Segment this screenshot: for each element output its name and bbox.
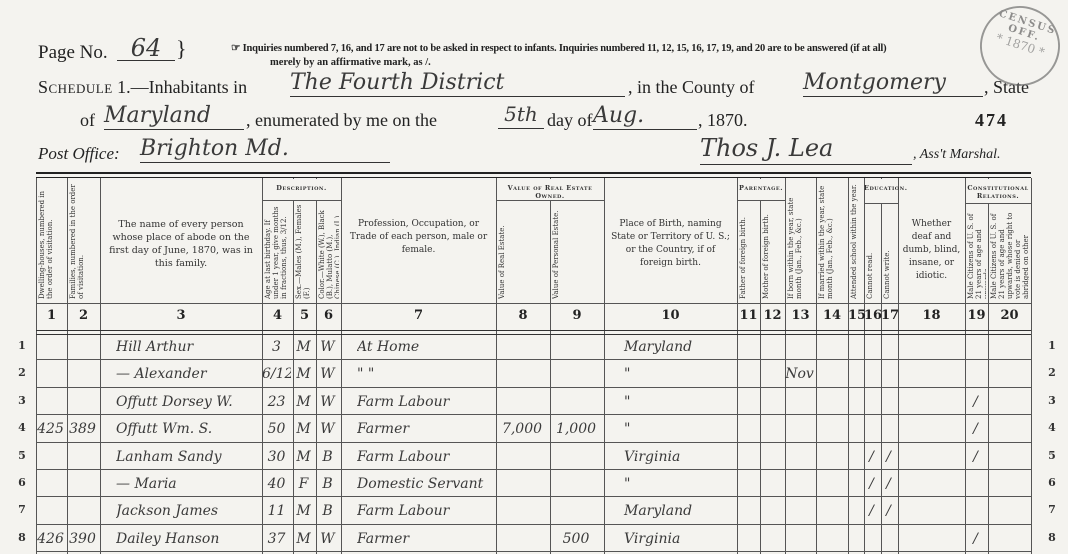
column-number-14: 14	[816, 305, 848, 327]
column-divider	[496, 178, 497, 554]
marshal-label: , Ass't Marshal.	[913, 147, 1001, 163]
line-number-right: 8	[1044, 531, 1060, 544]
cell-name: Offutt Wm. S.	[116, 419, 260, 439]
instruction-text-1: Inquiries numbered 7, 16, and 17 are not…	[243, 43, 887, 54]
column-number-1: 1	[36, 305, 67, 327]
cell-age: 23	[262, 392, 291, 412]
column-divider	[604, 178, 605, 554]
cell-family: 390	[67, 529, 98, 549]
cell-birthplace: Maryland	[620, 501, 739, 521]
cell-cannot-read: /	[864, 501, 879, 521]
cell-occupation: Farmer	[357, 529, 494, 549]
instruction-line-2: merely by an affirmative mark, as /.	[270, 57, 431, 68]
day-field: 5th	[498, 102, 544, 129]
row-divider	[36, 496, 1031, 497]
column-number-15: 15	[848, 305, 864, 327]
column-number-9: 9	[550, 305, 604, 327]
cell-dwelling: 425	[36, 419, 65, 439]
column-number-4: 4	[262, 305, 293, 327]
cell-born-within-year: Nov	[785, 364, 814, 384]
cell-name: — Maria	[116, 474, 260, 494]
cell-dwelling: 426	[36, 529, 65, 549]
sheet-number: 474	[975, 110, 1008, 131]
cell-occupation: " "	[357, 364, 494, 384]
marshal-signature: Thos J. Lea	[700, 134, 912, 165]
column-header-6: Color.—White (W.), Black (B.), Mulatto (…	[318, 204, 339, 299]
column-divider	[550, 178, 551, 554]
row-divider	[36, 551, 1031, 552]
row-divider	[36, 359, 1031, 360]
cell-cannot-write: /	[881, 501, 896, 521]
row-divider	[36, 469, 1031, 470]
cell-real-estate: 7,000	[496, 419, 548, 439]
column-header-2: Families, numbered in the order of visit…	[69, 182, 98, 299]
cell-sex: M	[293, 529, 314, 549]
cell-color: W	[316, 529, 339, 549]
group-value-estate: Value of Real Estate Owned.	[496, 184, 604, 200]
column-divider	[988, 178, 989, 554]
line-number-left: 4	[14, 421, 30, 434]
cell-occupation: Farm Labour	[357, 501, 494, 521]
column-number-10: 10	[604, 305, 737, 327]
cell-cannot-read: /	[864, 474, 879, 494]
cell-sex: F	[293, 474, 314, 494]
of-label: of	[80, 110, 95, 131]
line-number-left: 3	[14, 394, 30, 407]
column-header-19: Male Citizens of U. S. of 21 years of ag…	[967, 207, 986, 299]
cell-age: 37	[262, 529, 291, 549]
cell-citizen: /	[965, 419, 986, 439]
enumerated-label: , enumerated by me on the	[246, 110, 437, 131]
column-header-20: Male Citizens of U. S. of 21 years of ag…	[990, 207, 1029, 299]
cell-personal-estate: 500	[550, 529, 602, 549]
column-header-10: Place of Birth, naming State or Territor…	[608, 218, 733, 270]
cell-color: W	[316, 419, 339, 439]
year-label: , 1870.	[698, 110, 748, 131]
cell-name: Hill Arthur	[116, 337, 260, 357]
line-number-right: 6	[1044, 476, 1060, 489]
row-divider	[36, 524, 1031, 525]
cell-cannot-write: /	[881, 447, 896, 467]
cell-name: Lanham Sandy	[116, 447, 260, 467]
cell-citizen: /	[965, 529, 986, 549]
cell-citizen: /	[965, 447, 986, 467]
cell-sex: M	[293, 419, 314, 439]
column-header-12: Mother of foreign birth.	[762, 204, 783, 299]
cell-birthplace: Virginia	[620, 529, 739, 549]
line-number-left: 6	[14, 476, 30, 489]
column-header-3: The name of every person whose place of …	[104, 218, 258, 270]
cell-age: 30	[262, 447, 291, 467]
cell-color: B	[316, 447, 339, 467]
cell-cannot-read: /	[864, 447, 879, 467]
county-field: Montgomery	[803, 70, 983, 97]
line-number-left: 7	[14, 503, 30, 516]
schedule-label: Schedule 1.—Inhabitants in	[38, 77, 247, 98]
column-header-7: Profession, Occupation, or Trade of each…	[345, 218, 492, 257]
cell-age: 3	[262, 337, 291, 357]
group-divider	[965, 203, 1031, 204]
column-number-13: 13	[785, 305, 816, 327]
cell-citizen: /	[965, 392, 986, 412]
cell-age: 6/12	[262, 364, 291, 384]
cell-name: Jackson James	[116, 501, 260, 521]
group-divider	[496, 200, 604, 201]
cell-birthplace: "	[620, 474, 739, 494]
line-number-left: 8	[14, 531, 30, 544]
column-divider	[864, 178, 865, 554]
column-header-18: Whether deaf and dumb, blind, insane, or…	[902, 218, 961, 283]
column-divider	[965, 178, 966, 554]
column-header-5: Sex.—Males (M.), Females (F.)	[295, 204, 314, 299]
cell-birthplace: "	[620, 364, 739, 384]
schedule-title: 1.—Inhabitants in	[113, 77, 247, 97]
line-number-right: 5	[1044, 449, 1060, 462]
cell-sex: M	[293, 501, 314, 521]
line-number-right: 1	[1044, 339, 1060, 352]
column-number-7: 7	[341, 305, 496, 327]
cell-cannot-write: /	[881, 474, 896, 494]
line-number-left: 1	[14, 339, 30, 352]
column-header-1: Dwelling-houses, numbered in the order o…	[38, 182, 65, 299]
column-divider	[100, 178, 101, 554]
cell-birthplace: Maryland	[620, 337, 739, 357]
column-number-20: 20	[988, 305, 1031, 327]
group-divider	[262, 200, 341, 201]
column-number-18: 18	[898, 305, 965, 327]
month-field: Aug.	[593, 103, 697, 130]
column-number-11: 11	[737, 305, 760, 327]
cell-color: B	[316, 474, 339, 494]
column-header-4: Age at last birthday. If under 1 year, g…	[264, 204, 291, 299]
cell-sex: M	[293, 364, 314, 384]
page-number-value: 64	[117, 34, 175, 61]
page-number-label: Page No.	[38, 42, 108, 64]
column-header-17: Cannot write.	[883, 207, 896, 299]
cell-color: W	[316, 364, 339, 384]
cell-occupation: Farm Labour	[357, 392, 494, 412]
column-number-17: 17	[881, 305, 898, 327]
column-number-12: 12	[760, 305, 785, 327]
column-divider	[67, 178, 68, 554]
cell-birthplace: Virginia	[620, 447, 739, 467]
line-number-left: 2	[14, 366, 30, 379]
pointing-hand-icon: ☞	[231, 43, 240, 54]
brace-glyph: }	[176, 36, 187, 62]
line-number-right: 4	[1044, 421, 1060, 434]
column-divider	[881, 178, 882, 554]
column-number-6: 6	[316, 305, 341, 327]
post-office-field: Brighton Md.	[140, 136, 390, 163]
column-number-19: 19	[965, 305, 988, 327]
column-header-15: Attended school within the year.	[850, 182, 862, 299]
column-number-5: 5	[293, 305, 316, 327]
cell-name: — Alexander	[116, 364, 260, 384]
column-divider	[1031, 178, 1032, 554]
instruction-line-1: ☞ Inquiries numbered 7, 16, and 17 are n…	[231, 42, 886, 54]
column-header-11: Father of foreign birth.	[739, 204, 758, 299]
column-divider	[898, 178, 899, 554]
post-office-label: Post Office:	[38, 144, 120, 164]
column-header-16: Cannot read.	[866, 207, 879, 299]
cell-family: 389	[67, 419, 98, 439]
cell-age: 11	[262, 501, 291, 521]
cell-occupation: Farm Labour	[357, 447, 494, 467]
cell-color: B	[316, 501, 339, 521]
group-description: Description.	[262, 184, 341, 192]
cell-sex: M	[293, 392, 314, 412]
cell-sex: M	[293, 337, 314, 357]
state-field: Maryland	[104, 103, 244, 130]
line-number-right: 7	[1044, 503, 1060, 516]
row-divider	[36, 387, 1031, 388]
cell-occupation: At Home	[357, 337, 494, 357]
column-header-9: Value of Personal Estate.	[552, 204, 602, 299]
column-number-3: 3	[100, 305, 262, 327]
cell-age: 40	[262, 474, 291, 494]
district-field: The Fourth District	[290, 70, 625, 97]
group-parentage: Parentage.	[737, 184, 785, 192]
schedule-prefix: Schedule	[38, 77, 113, 97]
column-header-8: Value of Real Estate.	[498, 204, 548, 299]
group-constitutional: Constitutional Relations.	[965, 184, 1031, 200]
column-header-14: If married within the year, state month …	[818, 182, 846, 299]
column-divider	[760, 178, 761, 554]
county-label: , in the County of	[628, 77, 755, 98]
group-divider	[864, 203, 898, 204]
line-number-right: 3	[1044, 394, 1060, 407]
column-number-8: 8	[496, 305, 550, 327]
row-divider	[36, 414, 1031, 415]
cell-color: W	[316, 337, 339, 357]
cell-birthplace: "	[620, 392, 739, 412]
cell-occupation: Domestic Servant	[357, 474, 494, 494]
column-divider	[848, 178, 849, 554]
cell-name: Dailey Hanson	[116, 529, 260, 549]
cell-age: 50	[262, 419, 291, 439]
header-divider	[36, 303, 1031, 304]
cell-occupation: Farmer	[357, 419, 494, 439]
cell-name: Offutt Dorsey W.	[116, 392, 260, 412]
line-number-right: 2	[1044, 366, 1060, 379]
column-divider	[341, 178, 342, 554]
cell-color: W	[316, 392, 339, 412]
column-number-16: 16	[864, 305, 881, 327]
group-divider	[737, 200, 785, 201]
cell-sex: M	[293, 447, 314, 467]
cell-personal-estate: 1,000	[550, 419, 602, 439]
numbers-divider	[36, 330, 1031, 335]
column-divider	[816, 178, 817, 554]
group-education: Education.	[864, 184, 898, 192]
cell-birthplace: "	[620, 419, 739, 439]
column-number-2: 2	[67, 305, 100, 327]
column-divider	[36, 178, 37, 554]
day-of-label: day of	[547, 110, 592, 131]
column-header-13: If born within the year, state month (Ja…	[787, 182, 814, 299]
line-number-left: 5	[14, 449, 30, 462]
row-divider	[36, 442, 1031, 443]
